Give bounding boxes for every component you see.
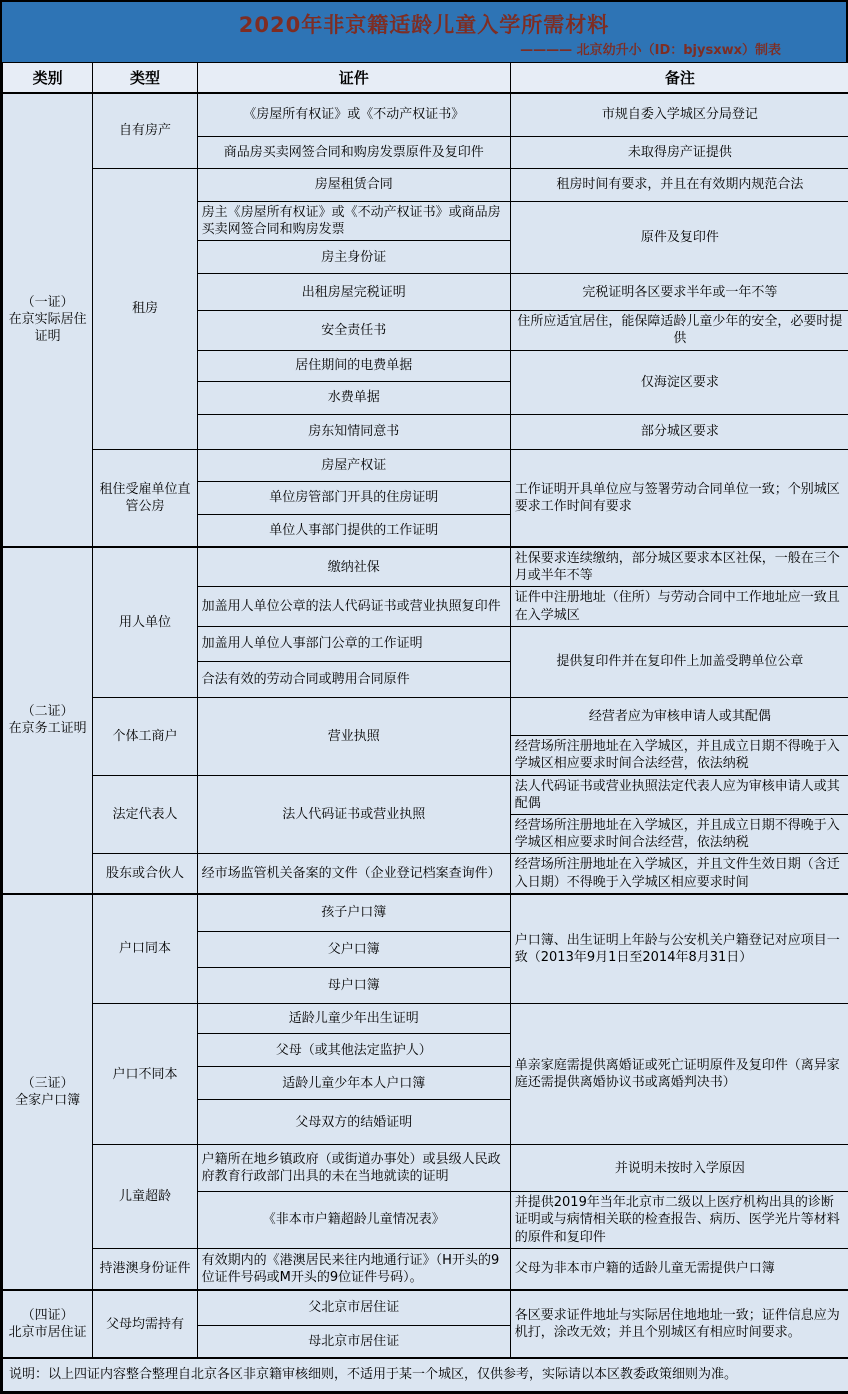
type-cell: 租住受雇单位直管公房 (93, 449, 197, 547)
remark-cell: 提供复印件并在复印件上加盖受聘单位公章 (510, 626, 848, 697)
document-cell: 房东知情同意书 (197, 414, 510, 449)
remark-cell: 并说明未按时入学原因 (510, 1145, 848, 1192)
remark-cell: 法人代码证书或营业执照法定代表人应为审核申请人或其配偶 (510, 775, 848, 814)
table-row: （三证） 全家户口簿户口同本孩子户口簿户口簿、出生证明上年龄与公安机关户籍登记对… (3, 894, 848, 932)
infographic-frame: 2020年非京籍适龄儿童入学所需材料 ———— 北京幼升小（ID：bjysxwx… (0, 0, 848, 1394)
document-cell: 出租房屋完税证明 (197, 274, 510, 311)
category-cell: （三证） 全家户口簿 (3, 894, 93, 1290)
table-row: 儿童超龄户籍所在地乡镇政府（或街道办事处）或县级人民政府教育行政部门出具的未在当… (3, 1145, 848, 1192)
document-cell: 父北京市居住证 (197, 1290, 510, 1325)
document-cell: 加盖用人单位公章的法人代码证书或营业执照复印件 (197, 587, 510, 626)
document-cell: 母北京市居住证 (197, 1325, 510, 1358)
materials-head-row: 类别类型证件备注 (3, 63, 848, 93)
remark-cell: 各区要求证件地址与实际居住地地址一致；证件信息应为机打，涂改无效；并且个别城区有… (510, 1290, 848, 1358)
document-cell: 加盖用人单位人事部门公章的工作证明 (197, 626, 510, 661)
column-header-category: 类别 (3, 63, 93, 93)
category-cell: （四证） 北京市居住证 (3, 1290, 93, 1358)
footer-note: 说明：以上四证内容整合整理自北京各区非京籍审核细则，不适用于某一个城区，仅供参考… (3, 1358, 848, 1391)
remark-cell: 社保要求连续缴纳，部分城区要求本区社保，一般在三个月或半年不等 (510, 547, 848, 587)
remark-cell: 租房时间有要求，并且在有效期内规范合法 (510, 169, 848, 202)
category-cell: （一证） 在京实际居住证明 (3, 93, 93, 548)
materials-table: 类别类型证件备注 （一证） 在京实际居住证明自有房产《房屋所有权证》或《不动产权… (2, 62, 848, 1392)
table-row: （二证） 在京务工证明用人单位缴纳社保社保要求连续缴纳，部分城区要求本区社保，一… (3, 547, 848, 587)
footer-row: 说明：以上四证内容整合整理自北京各区非京籍审核细则，不适用于某一个城区，仅供参考… (3, 1358, 848, 1391)
type-cell: 租房 (93, 169, 197, 450)
document-cell: 父母（或其他法定监护人） (197, 1034, 510, 1067)
document-cell: 营业执照 (197, 697, 510, 775)
remark-cell: 市规自委入学城区分局登记 (510, 93, 848, 137)
document-cell: 单位人事部门提供的工作证明 (197, 514, 510, 547)
table-row: 租住受雇单位直管公房房屋产权证工作证明开具单位应与签署劳动合同单位一致；个别城区… (3, 449, 848, 481)
remark-cell: 住所应适宜居住，能保障适龄儿童少年的安全，必要时提供 (510, 311, 848, 350)
materials-body: （一证） 在京实际居住证明自有房产《房屋所有权证》或《不动产权证书》市规自委入学… (3, 93, 848, 1359)
table-row: 租房房屋租赁合同租房时间有要求，并且在有效期内规范合法 (3, 169, 848, 202)
remark-cell: 完税证明各区要求半年或一年不等 (510, 274, 848, 311)
document-cell: 《非本市户籍超龄儿童情况表》 (197, 1192, 510, 1248)
type-cell: 户口同本 (93, 894, 197, 1004)
table-row: （四证） 北京市居住证父母均需持有父北京市居住证各区要求证件地址与实际居住地地址… (3, 1290, 848, 1325)
document-cell: 经市场监管机关备案的文件（企业登记档案查询件） (197, 854, 510, 894)
banner: 2020年非京籍适龄儿童入学所需材料 ———— 北京幼升小（ID：bjysxwx… (2, 2, 846, 62)
banner-credit: ———— 北京幼升小（ID：bjysxwx）制表 (12, 39, 836, 58)
type-cell: 持港澳身份证件 (93, 1248, 197, 1290)
column-header-remark: 备注 (510, 63, 848, 93)
document-cell: 适龄儿童少年本人户口簿 (197, 1067, 510, 1100)
type-cell: 自有房产 (93, 93, 197, 169)
column-header-type: 类型 (93, 63, 197, 93)
document-cell: 居住期间的电费单据 (197, 350, 510, 381)
table-row: （一证） 在京实际居住证明自有房产《房屋所有权证》或《不动产权证书》市规自委入学… (3, 93, 848, 137)
table-row: 股东或合伙人经市场监管机关备案的文件（企业登记档案查询件）经营场所注册地址在入学… (3, 854, 848, 894)
document-cell: 法人代码证书或营业执照 (197, 775, 510, 854)
document-cell: 房屋产权证 (197, 449, 510, 481)
remark-cell: 仅海淀区要求 (510, 350, 848, 414)
type-cell: 儿童超龄 (93, 1145, 197, 1248)
document-cell: 房主《房屋所有权证》或《不动产权证书》或商品房买卖网签合同和购房发票 (197, 202, 510, 241)
document-cell: 房主身份证 (197, 241, 510, 274)
column-header-document: 证件 (197, 63, 510, 93)
type-cell: 户口不同本 (93, 1004, 197, 1145)
remark-cell: 部分城区要求 (510, 414, 848, 449)
document-cell: 缴纳社保 (197, 547, 510, 587)
table-row: 个体工商户营业执照经营者应为审核申请人或其配偶 (3, 697, 848, 735)
document-cell: 有效期内的《港澳居民来往内地通行证》（H开头的9位证件号码或M开头的9位证件号码… (197, 1248, 510, 1290)
table-row: 法定代表人法人代码证书或营业执照法人代码证书或营业执照法定代表人应为审核申请人或… (3, 775, 848, 814)
category-cell: （二证） 在京务工证明 (3, 547, 93, 894)
document-cell: 商品房买卖网签合同和购房发票原件及复印件 (197, 137, 510, 169)
remark-cell: 父母为非本市户籍的适龄儿童无需提供户口簿 (510, 1248, 848, 1290)
document-cell: 户籍所在地乡镇政府（或街道办事处）或县级人民政府教育行政部门出具的未在当地就读的… (197, 1145, 510, 1192)
remark-cell: 证件中注册地址（住所）与劳动合同中工作地址应一致且在入学城区 (510, 587, 848, 626)
document-cell: 父户口簿 (197, 932, 510, 968)
document-cell: 单位房管部门开具的住房证明 (197, 481, 510, 514)
remark-cell: 经营者应为审核申请人或其配偶 (510, 697, 848, 735)
page-title: 2020年非京籍适龄儿童入学所需材料 (12, 9, 836, 39)
remark-cell: 工作证明开具单位应与签署劳动合同单位一致；个别城区要求工作时间有要求 (510, 449, 848, 547)
remark-cell: 并提供2019年当年北京市二级以上医疗机构出具的诊断证明或与病情相关联的检查报告… (510, 1192, 848, 1248)
remark-cell: 经营场所注册地址在入学城区，并且文件生效日期（含迁入日期）不得晚于入学城区相应要… (510, 854, 848, 894)
document-cell: 母户口簿 (197, 968, 510, 1004)
type-cell: 法定代表人 (93, 775, 197, 854)
document-cell: 孩子户口簿 (197, 894, 510, 932)
remark-cell: 经营场所注册地址在入学城区，并且成立日期不得晚于入学城区相应要求时间合法经营，依… (510, 735, 848, 775)
remark-cell: 户口簿、出生证明上年龄与公安机关户籍登记对应项目一致（2013年9月1日至201… (510, 894, 848, 1004)
remark-cell: 未取得房产证提供 (510, 137, 848, 169)
document-cell: 《房屋所有权证》或《不动产权证书》 (197, 93, 510, 137)
type-cell: 父母均需持有 (93, 1290, 197, 1358)
document-cell: 安全责任书 (197, 311, 510, 350)
type-cell: 股东或合伙人 (93, 854, 197, 894)
document-cell: 父母双方的结婚证明 (197, 1100, 510, 1145)
document-cell: 水费单据 (197, 381, 510, 414)
document-cell: 适龄儿童少年出生证明 (197, 1004, 510, 1034)
table-row: 户口不同本适龄儿童少年出生证明单亲家庭需提供离婚证或死亡证明原件及复印件（离异家… (3, 1004, 848, 1034)
document-cell: 合法有效的劳动合同或聘用合同原件 (197, 661, 510, 697)
type-cell: 用人单位 (93, 547, 197, 697)
remark-cell: 经营场所注册地址在入学城区，并且成立日期不得晚于入学城区相应要求时间合法经营，依… (510, 815, 848, 854)
remark-cell: 单亲家庭需提供离婚证或死亡证明原件及复印件（离异家庭还需提供离婚协议书或离婚判决… (510, 1004, 848, 1145)
remark-cell: 原件及复印件 (510, 202, 848, 274)
table-row: 持港澳身份证件有效期内的《港澳居民来往内地通行证》（H开头的9位证件号码或M开头… (3, 1248, 848, 1290)
document-cell: 房屋租赁合同 (197, 169, 510, 202)
type-cell: 个体工商户 (93, 697, 197, 775)
